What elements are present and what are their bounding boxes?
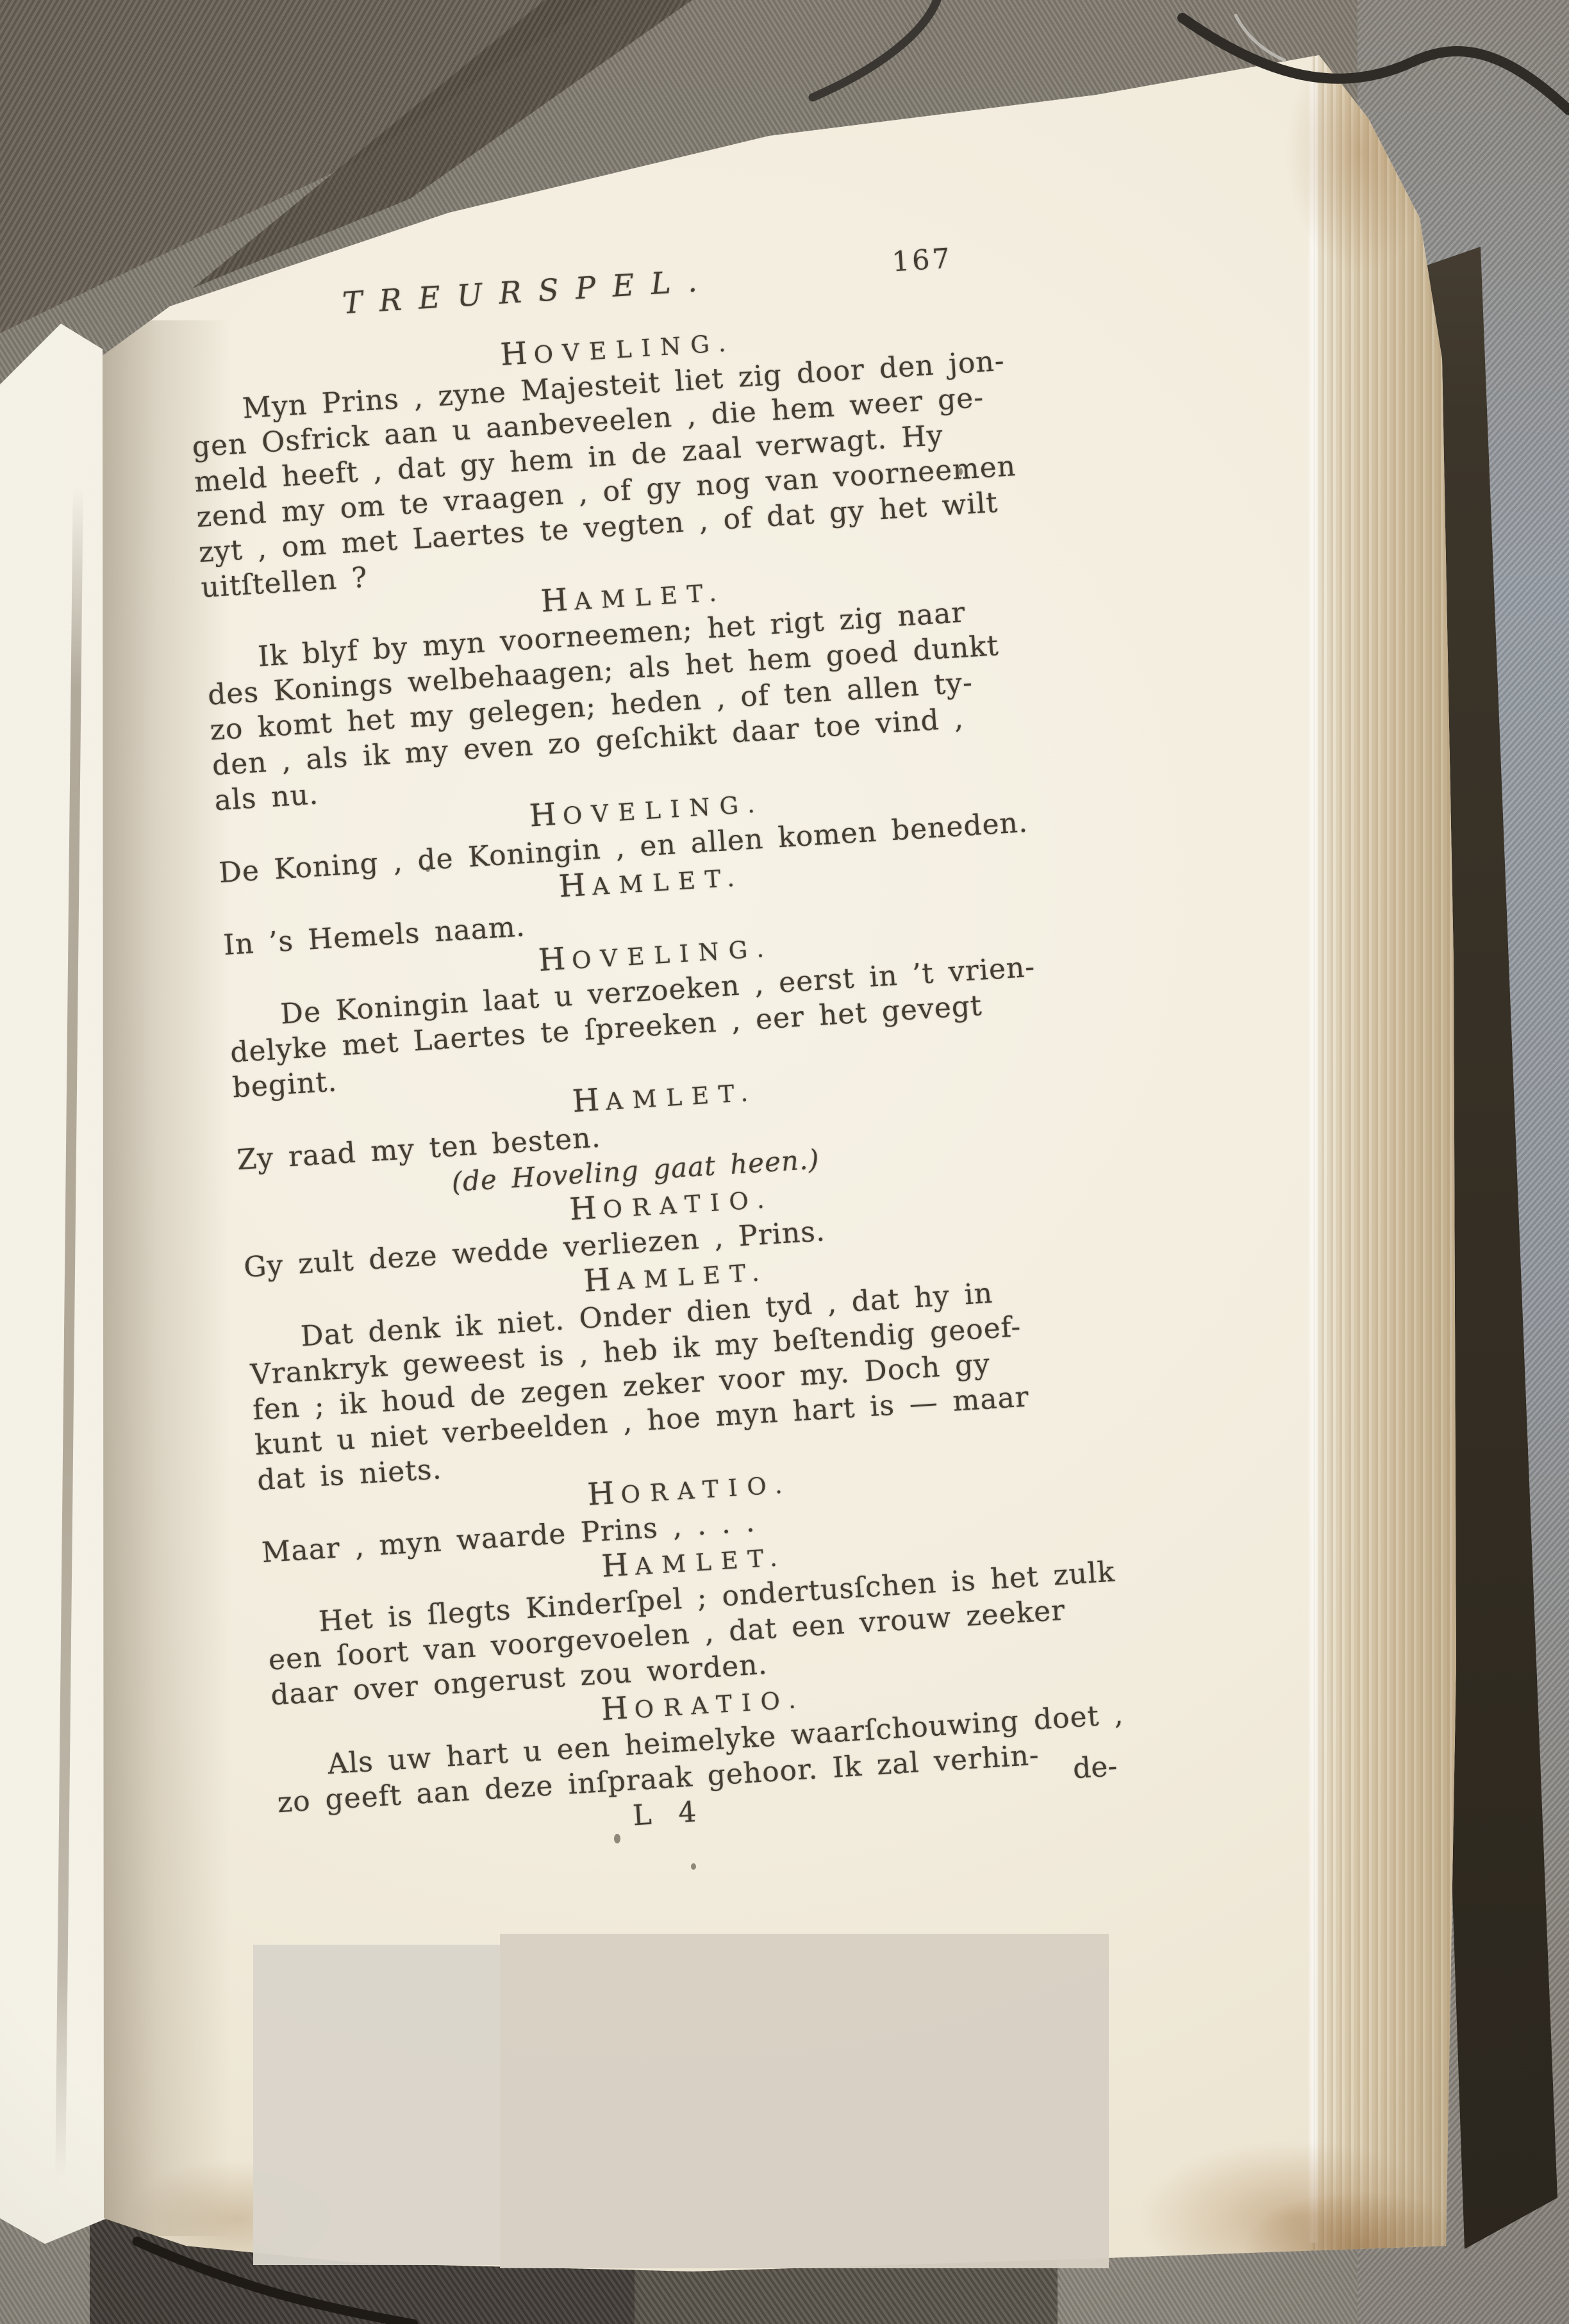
signature-mark: L 4 <box>632 1794 706 1834</box>
page-number: 167 <box>891 243 953 279</box>
thread-top-right <box>1236 15 1284 60</box>
redaction-patch-right <box>500 1934 1109 2268</box>
redaction-patch-left <box>253 1945 500 2265</box>
fore-edge-highlight <box>1307 77 1319 2243</box>
fore-edge-page-stack <box>1313 50 1460 2254</box>
book-photograph: { "page_header": { "title": "TREURSPEL."… <box>0 0 1569 2324</box>
paper-speck <box>691 1863 696 1870</box>
printed-text-block: TREURSPEL. 167 Hoveling. Myn Prins , zyn… <box>183 242 1141 1856</box>
paper-speck <box>614 1834 620 1843</box>
cable-top-center <box>813 0 937 97</box>
running-title: TREURSPEL. <box>342 263 715 321</box>
catchword: de- <box>1072 1749 1118 1786</box>
